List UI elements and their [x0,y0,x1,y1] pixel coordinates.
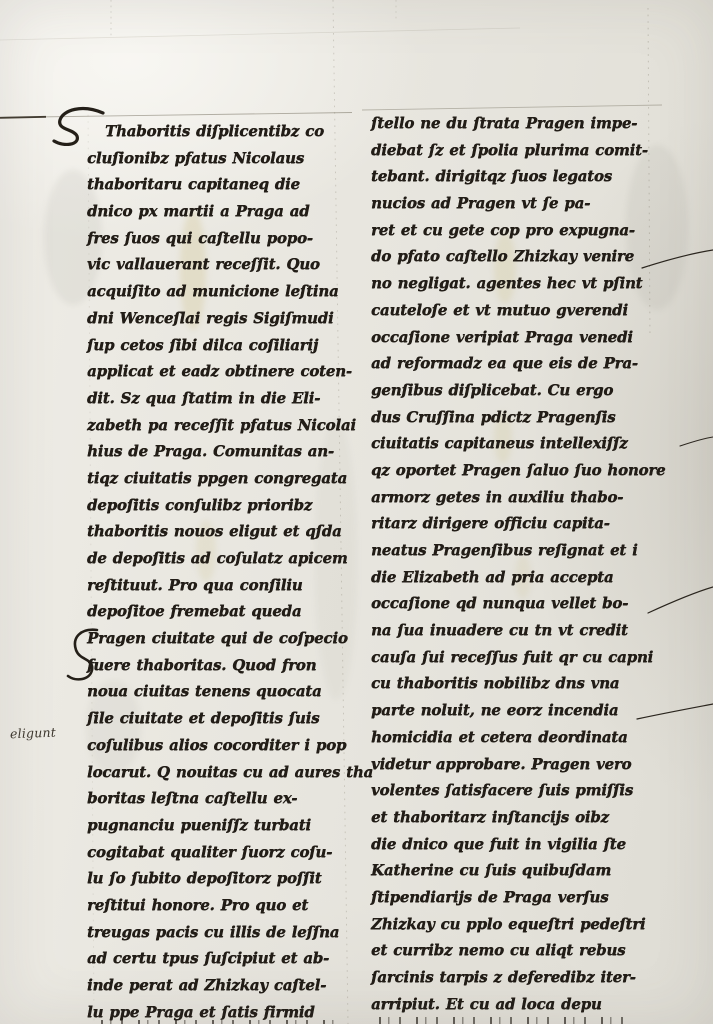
manuscript-text-line: die Elizabeth ad pria accepta [371,564,665,591]
manuscript-text-line: locarut. Q nouitas cu ad aures tha [87,759,359,786]
pen-stroke-right-margin [680,437,713,446]
manuscript-text-line: hius de Praga. Comunitas an- [87,438,359,465]
manuscript-text-line: fres ſuos qui caſtellu popo- [87,225,359,252]
manuscript-text-line: occaſione qd nunqua vellet bo- [371,590,665,617]
manuscript-text-line: die dnico que fuit in vigilia ſte [371,831,665,858]
manuscript-text-line: applicat et eadz obtinere coten- [87,358,359,385]
manuscript-text-line: ſarcinis tarpis z deferedibz iter- [371,964,665,991]
manuscript-text-line: cauſa ſui receſſus fuit qr cu capni [371,644,665,671]
clipped-line-fragment-right [373,1017,631,1024]
manuscript-text-line: thaboritis nouos eligut et qſda [87,518,359,545]
manuscript-text-line: parte noluit, ne eorz incendia [371,697,665,724]
manuscript-text-line: cogitabat qualiter ſuorz coſu- [87,839,359,866]
manuscript-text-line: reſtituut. Pro qua conſiliu [87,572,359,599]
manuscript-text-line: occaſione veripiat Praga venedi [371,324,665,351]
manuscript-text-line: ſile ciuitate et depoſitis ſuis [87,705,359,732]
manuscript-text-line: arripiut. Et cu ad loca depu [371,991,665,1018]
manuscript-text-line: cluſionibz pfatus Nicolaus [87,145,359,172]
manuscript-text-line: Katherine cu ſuis quibuſdam [371,857,665,884]
manuscript-text-line: dit. Sz qua ſtatim in die Eli- [87,385,359,412]
manuscript-text-line: de depoſitis ad coſulatz apicem [87,545,359,572]
manuscript-text-line: dus Cruſſina pdictz Pragenſis [371,404,665,431]
manuscript-text-line: dni Wenceſlai regis Sigiſmudi [87,305,359,332]
manuscript-text-line: coſulibus alios cocorditer i pop [87,732,359,759]
manuscript-text-line: boritas leſtna caſtellu ex- [87,785,359,812]
manuscript-text-line: lu ppe Praga et ſatis firmid [87,999,359,1024]
manuscript-text-line: lu ſo ſubito depoſitorz poſſit [87,865,359,892]
manuscript-text-line: ad certu tpus ſuſcipiut et ab- [87,945,359,972]
manuscript-text-line: no negligat. agentes hec vt pſint [371,270,665,297]
manuscript-text-line: acquiſito ad municione leſtina [87,278,359,305]
manuscript-text-line: do pfato caſtello Zhizkay venire [371,243,665,270]
manuscript-text-line: Thaboritis diſplicentibz co [87,118,359,145]
manuscript-text-line: ſup cetos ſibi dilca coſiliarij [87,332,359,359]
ruling-line-head-left [0,113,352,118]
manuscript-text-line: armorz getes in auxiliu thabo- [371,484,665,511]
manuscript-text-line: Zhizkay cu pplo equeſtri pedeſtri [371,911,665,938]
text-column-left: Thaboritis diſplicentibz cocluſionibz pf… [87,118,359,1024]
manuscript-text-line: ciuitatis capitaneus intellexiſſz [371,430,665,457]
manuscript-text-line: qz oportet Pragen ſaluo ſuo honore [371,457,665,484]
manuscript-page: eligunt Thaboritis diſplicentibz cocluſi… [0,0,713,1024]
manuscript-text-line: inde perat ad Zhizkay caſtel- [87,972,359,999]
manuscript-text-line: ret et cu gete cop pro expugna- [371,217,665,244]
manuscript-text-line: thaboritaru capitaneq die [87,171,359,198]
manuscript-text-line: noua ciuitas tenens quocata [87,678,359,705]
manuscript-text-line: vic vallauerant receſſit. Quo [87,251,359,278]
text-column-right: ſtello ne du ſtrata Pragen impe-diebat ſ… [371,110,665,1017]
manuscript-text-line: na ſua inuadere cu tn vt credit [371,617,665,644]
manuscript-text-line: volentes ſatisfacere ſuis pmiſſis [371,777,665,804]
manuscript-text-line: cauteloſe et vt mutuo gverendi [371,297,665,324]
ruling-line-upper [0,28,520,40]
manuscript-text-line: reſtitui honore. Pro quo et [87,892,359,919]
manuscript-text-line: diebat ſz et ſpolia plurima comit- [371,137,665,164]
manuscript-text-line: genſibus diſplicebat. Cu ergo [371,377,665,404]
manuscript-text-line: Pragen ciuitate qui de coſpecio [87,625,359,652]
manuscript-text-line: depoſitis conſulibz prioribz [87,492,359,519]
manuscript-text-line: fuere thaboritas. Quod fron [87,652,359,679]
manuscript-text-line: cu thaboritis nobilibz dns vna [371,670,665,697]
manuscript-text-line: tebant. dirigitqz ſuos legatos [371,163,665,190]
manuscript-text-line: zabeth pa receſſit pfatus Nicolai [87,412,359,439]
manuscript-text-line: et thaboritarz inſtancijs oibz [371,804,665,831]
manuscript-text-line: depoſitoe fremebat queda [87,598,359,625]
manuscript-text-line: nucios ad Pragen vt ſe pa- [371,190,665,217]
margin-note: eligunt [10,724,80,741]
manuscript-text-line: videtur approbare. Pragen vero [371,751,665,778]
manuscript-text-line: ad reformadz ea que eis de Pra- [371,350,665,377]
manuscript-text-line: et curribz nemo cu aliqt rebus [371,937,665,964]
manuscript-text-line: tiqz ciuitatis ppgen congregata [87,465,359,492]
manuscript-text-line: dnico px martii a Praga ad [87,198,359,225]
manuscript-text-line: ſtipendiarijs de Praga verſus [371,884,665,911]
manuscript-text-line: neatus Pragenſibus reſignat et i [371,537,665,564]
head-line-ink-dash [0,117,46,118]
manuscript-text-line: ſtello ne du ſtrata Pragen impe- [371,110,665,137]
manuscript-text-line: pugnanciu pueniſſz turbati [87,812,359,839]
manuscript-text-line: homicidia et cetera deordinata [371,724,665,751]
manuscript-text-line: ritarz dirigere officiu capita- [371,510,665,537]
manuscript-text-line: treugas pacis cu illis de leſſna [87,919,359,946]
